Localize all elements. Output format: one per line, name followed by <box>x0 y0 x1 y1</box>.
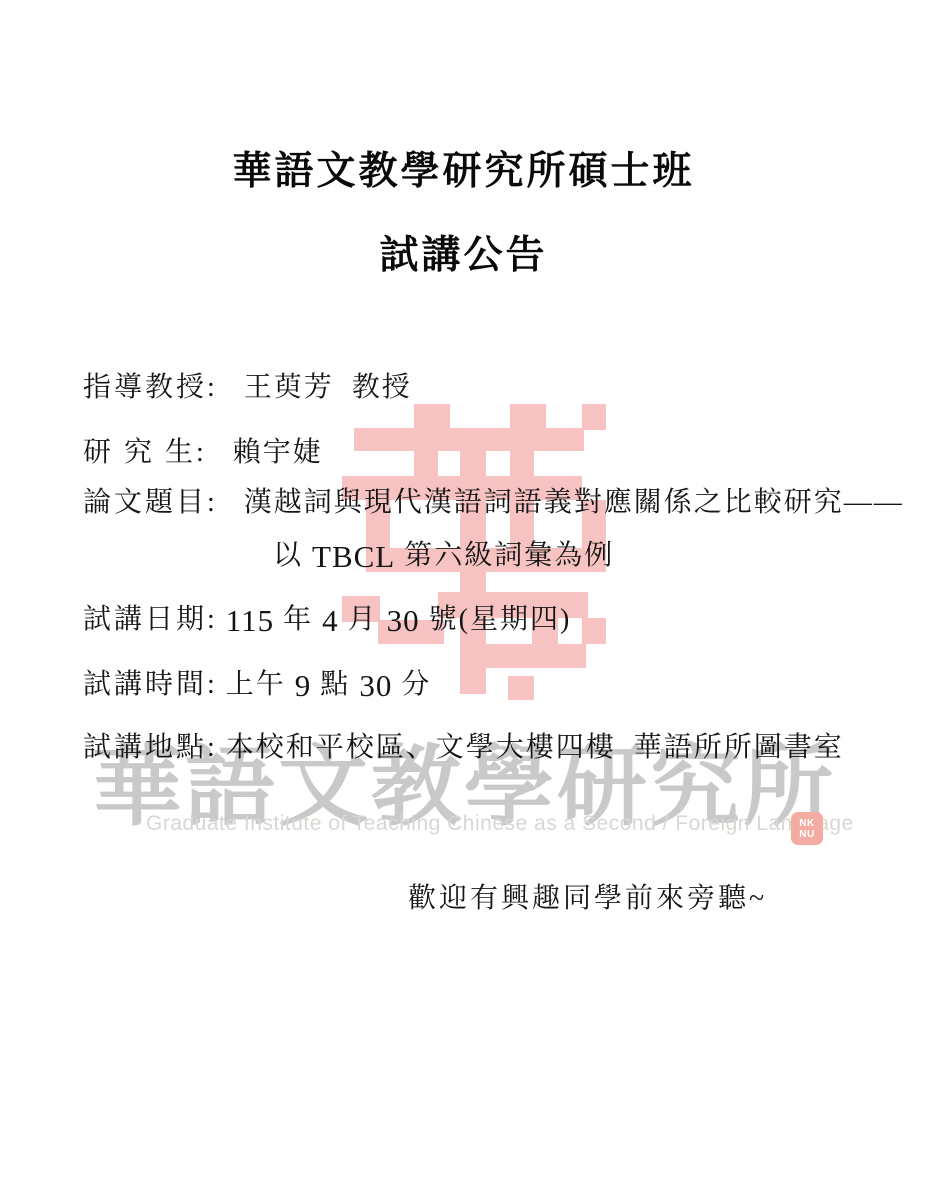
place-label: 試講地點: <box>83 732 218 763</box>
nknu-logo-badge: NK NU <box>791 812 823 845</box>
lecture-place-line: 試講地點:本校和平校區、文學大樓四樓 華語所所圖書室 <box>55 693 844 797</box>
page-title-line1: 華語文教學研究所碩士班 <box>0 140 927 196</box>
page-title-line2: 試講公告 <box>0 224 927 280</box>
welcome-note: 歡迎有興趣同學前來旁聽~ <box>408 876 767 916</box>
nknu-badge-line1: NK <box>799 818 814 829</box>
announcement-document: 華語文教學研究所 Graduate Institute of Teaching … <box>0 0 927 1200</box>
date-weekday: 號(星期四) <box>420 604 572 635</box>
nknu-badge-line2: NU <box>799 829 814 840</box>
place-value: 本校和平校區、文學大樓四樓 華語所所圖書室 <box>218 732 844 763</box>
institute-english-caption: Graduate Institute of Teaching Chinese a… <box>146 812 854 836</box>
thesis-label: 論文題目: <box>83 487 218 518</box>
